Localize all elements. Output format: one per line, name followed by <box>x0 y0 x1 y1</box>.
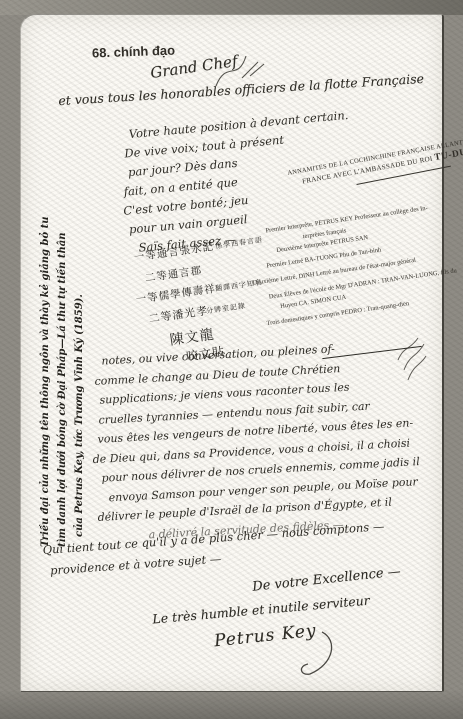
page-label: 68. chính đạo <box>92 43 176 61</box>
scanned-document-page: 68. chính đạo Grand Chef et vous tous le… <box>0 0 463 719</box>
roster-chinese-note: 分牌室記錄 <box>206 301 247 316</box>
roster-french-entry: Deux Élèves de l'école de Mgr D'ADRAN : … <box>268 267 457 300</box>
caption-line: Triều đại của những tên thông ngôn và th… <box>37 279 54 547</box>
side-caption-vietnamese: Triều đại của những tên thông ngôn và th… <box>37 279 88 547</box>
roster-chinese-name: 二等潘光孝 <box>148 302 210 326</box>
roster-chinese-name: 二等通言郡 <box>144 263 203 286</box>
caption-line: tìm danh lợi dưới bóng cờ Đại Pháp—Lá th… <box>54 279 71 547</box>
signature-flourish <box>294 630 354 678</box>
scan-edge-top <box>0 0 463 15</box>
caption-line: của Petrus Key, tức Trương Vĩnh Ký (1859… <box>71 279 88 547</box>
roster-chinese-note: 係學西春言語 <box>215 235 264 252</box>
scan-edge-bottom <box>0 691 463 719</box>
margin-scribble <box>374 336 430 406</box>
